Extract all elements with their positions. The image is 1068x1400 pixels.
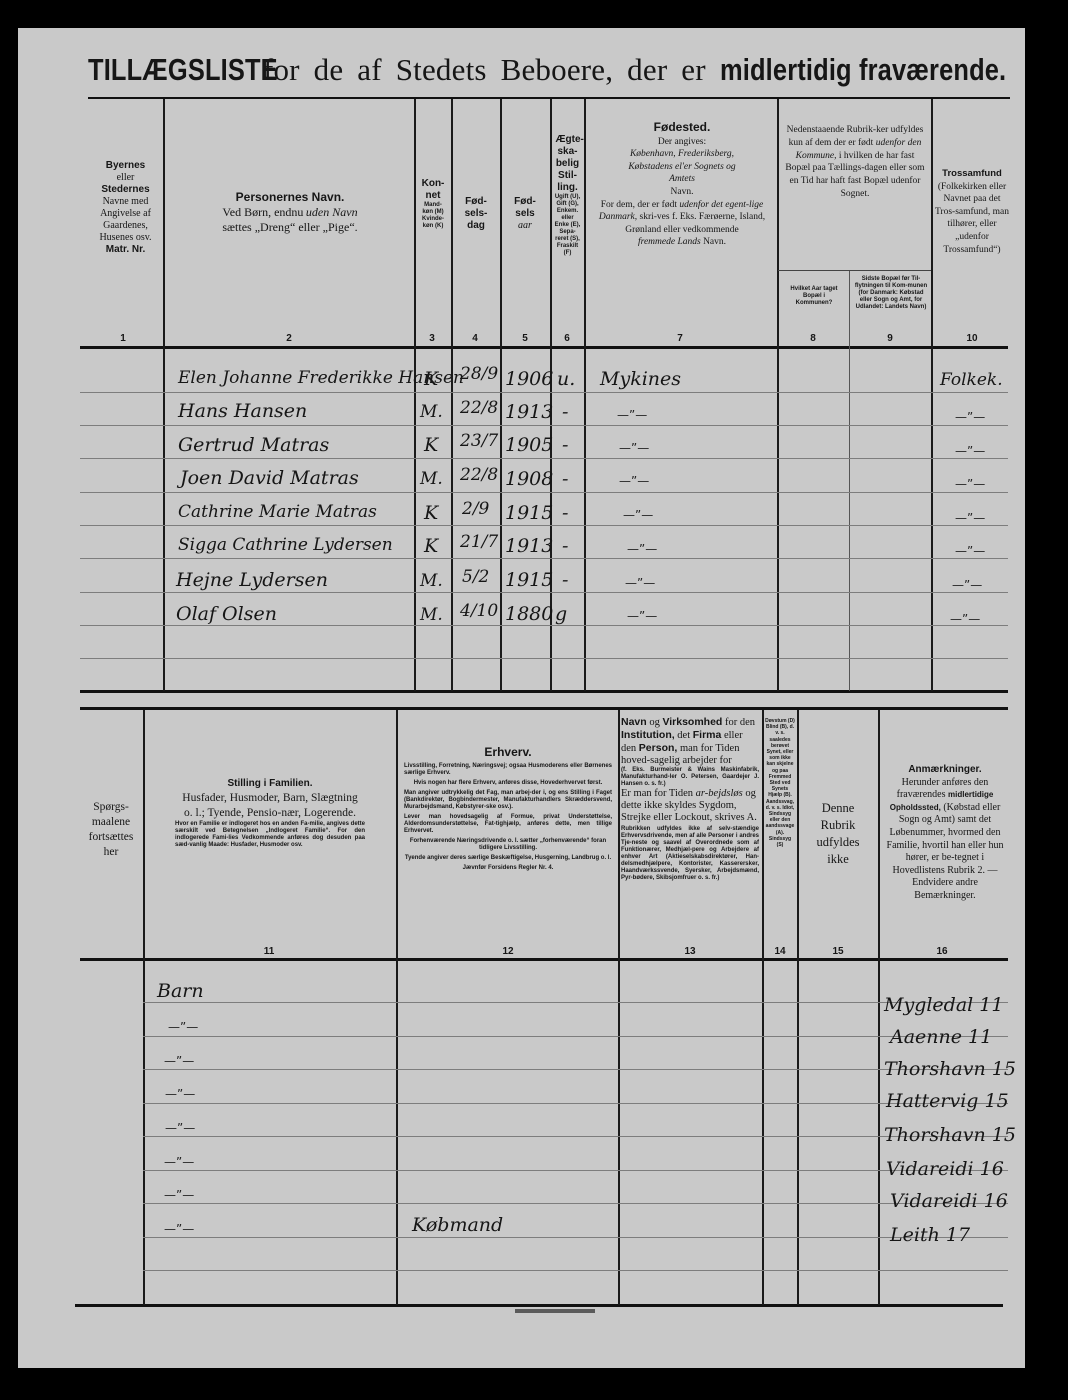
col-number: 13 [680,946,700,957]
religion-ditto: —”— [952,578,982,592]
title-bold-prefix: TILLÆGSLISTE [88,50,232,90]
person-name: Joen David Matras [180,467,359,489]
remarks: Vidareidi 16 [886,1158,1004,1180]
row-line [80,425,1008,426]
col-divider [849,270,850,691]
col-number: 12 [498,946,518,957]
birthplace-ditto: —”— [619,441,649,455]
header-col-12-p4: Lever man hovedsagelig af Formue, privat… [404,814,612,835]
header-col-16: Anmærkninger. Herunder anføres den fravæ… [884,764,1006,903]
h13-i1: ar-bejdsløs [696,788,743,799]
header-col-12-title: Erhverv. [484,745,531,759]
title-bold-suffix: midlertidig fraværende. [720,50,1006,90]
religion-ditto: —”— [955,410,985,424]
header-col-1-body: Navne med Angivelse af Gaardenes, Husene… [91,196,161,244]
birth-day: 2/9 [462,499,489,519]
birthplace-ditto: —”— [627,542,657,556]
col-number: 4 [465,333,485,344]
family-position: Barn [157,980,204,1002]
header-col-6-title: Ægte-ska-belig Stil-ling. [556,134,580,194]
family-position-ditto: —”— [164,1188,194,1202]
birthplace: Mykines [600,368,681,390]
row-line [80,658,1008,659]
marital-status: - [562,434,568,456]
header-col-11-title: Stilling i Familien. [227,778,312,789]
col-divider [500,99,502,691]
religion-ditto: —”— [955,544,985,558]
col-number: 11 [259,946,279,957]
upper-table-bottom-rule [80,690,1008,693]
family-position-ditto: —”— [164,1054,194,1068]
sex: M. [420,402,443,422]
header-col-13: Navn og Virksomhed for den Institution, … [621,716,759,882]
header-col-9-note: Sidste Bopæl før Til-flytningen til Kom-… [853,276,929,311]
col-number: 16 [932,946,952,957]
h13-b3: Institution, [621,729,675,741]
h13-b4: Firma [693,729,722,741]
header-col-4: Fød-sels-dag [452,196,500,232]
header-col-8-note: Hvilket Aar taget Bopæl i Kommunen? [789,286,839,307]
occupation: Købmand [412,1214,503,1236]
lower-table-top-rule [80,707,1008,710]
printer-imprint [515,1309,595,1313]
col-divider [451,99,453,691]
person-name: Elen Johanne Frederikke Hansen [178,368,464,388]
row-line [80,558,1008,559]
family-position-ditto: —”— [164,1222,194,1236]
col-number: 14 [770,946,790,957]
col-number: 5 [515,333,535,344]
header-col-7-title: Fødested. [654,120,711,134]
header-col-5-title: Fød-sels [512,196,538,220]
header-col-4-title: Fød-sels-dag [461,196,491,232]
family-position-ditto: —”— [164,1155,194,1169]
religion: Folkek. [940,370,1003,390]
religion-ditto: —”— [955,477,985,491]
title-middle: for de af Stedets Beboere, der er [263,52,706,87]
col-number: 10 [962,333,982,344]
header-col-7-l2: Navn. [671,187,694,197]
religion-ditto: —”— [950,612,980,626]
header-col-14-note: Døvstum (D) Blind (B), d. v. s. saaledes… [765,718,795,848]
header-col-12-p3: Man angiver udtrykkelig det Fag, man arb… [404,790,612,811]
col-divider [584,99,586,691]
row-line [143,1002,1008,1003]
header-col-3-note: Mand-køn (M) Kvinde-køn (K) [420,202,446,230]
header-col-12-p1: Livsstilling, Forretning, Næringsvej; og… [404,763,612,777]
marital-status: - [562,502,568,524]
birth-day: 23/7 [460,431,498,451]
remarks: Thorshavn 15 [884,1058,1016,1080]
row-line [80,458,1008,459]
birth-day: 22/8 [460,398,498,418]
marital-status: - [562,535,568,557]
family-position-ditto: —”— [165,1121,195,1135]
person-name: Gertrud Matras [178,434,329,456]
header-col-2-italic: uden Navn [306,205,358,219]
remarks: Leith 17 [890,1224,970,1246]
person-name: Cathrine Marie Matras [178,502,377,522]
sex: M. [420,469,443,489]
lower-header-bottom-rule [80,958,1008,961]
header-col-12-p2: Hvis nogen har flere Erhverv, anføres di… [404,780,612,787]
row-line [80,492,1008,493]
h13-s1: (f. Eks. Burmeister & Wains Maskinfabrik… [621,767,759,788]
remarks: Aaenne 11 [890,1026,992,1048]
h13-b5: Person, [639,742,678,754]
header-col-11: Stilling i Familien. Husfader, Husmoder,… [150,776,390,851]
person-name: Hans Hansen [178,400,307,422]
sex: M. [420,605,443,625]
header-col-12-p7: Jævnfør Forsidens Regler Nr. 4. [404,865,612,872]
col-divider [777,99,779,691]
row-line [143,1270,1008,1271]
col-divider [143,710,145,1305]
col-number: 8 [803,333,823,344]
h13-l1: og [649,717,660,728]
upper-table-top-rule [88,97,1010,99]
row-line [143,1136,1008,1137]
header-col-7-l1: Der angives: [658,137,706,147]
birth-year: 1906 [505,368,553,390]
person-name: Hejne Lydersen [176,569,328,591]
birth-year: 1913 [505,535,553,557]
remarks: Mygledal 11 [884,994,1003,1016]
sex: M. [420,571,443,591]
header-col-12: Erhverv. Livsstilling, Forretning, Nærin… [404,745,612,872]
col-number: 15 [828,946,848,957]
col-number: 1 [113,333,133,344]
header-col-6-note: Ugift (U), Gift (G), Enkem. eller Enke (… [554,194,582,257]
lower-table-bottom-rule [75,1304,1003,1307]
header-col-7-i3: fremmede Lands [638,237,701,247]
religion-ditto: —”— [955,444,985,458]
family-position-ditto: —”— [168,1020,198,1034]
header-col-7-l4: skri-ves f. Eks. Færøerne, Island, Grønl… [625,212,765,235]
person-name: Olaf Olsen [176,603,277,625]
header-col-11-note: Hvor en Familie er indlogeret hos en and… [175,821,365,849]
header-col-16-title: Anmærkninger. [908,764,981,775]
form-title: TILLÆGSLISTE for de af Stedets Beboere, … [88,50,1018,90]
row-line [143,1036,1008,1037]
header-col-14: Døvstum (D) Blind (B), d. v. s. saaledes… [764,718,796,850]
col-divider [163,99,165,691]
header-col-7-l5: Navn. [703,237,726,247]
upper-header-bottom-rule [80,346,1008,349]
header-col-2-title: Personernes Navn. [236,190,345,204]
birth-year: 1908 [505,468,553,490]
header-col-2: Personernes Navn. Ved Børn, endnu uden N… [168,190,412,235]
marital-status: - [562,401,568,423]
row-line [80,525,1008,526]
row-line [80,625,1008,626]
header-col-1-bold: Byernes [106,160,145,171]
birthplace-ditto: —”— [623,508,653,522]
marital-status: u. [557,368,575,390]
h13-l2: for den [725,717,755,728]
birthplace-ditto: —”— [619,474,649,488]
birth-day: 28/9 [460,364,498,384]
header-col-9: Sidste Bopæl før Til-flytningen til Kom-… [851,276,931,312]
col-divider [878,710,880,1305]
header-col-6: Ægte-ska-belig Stil-ling. Ugift (U), Gif… [551,134,584,258]
header-col-3: Kon-net Mand-køn (M) Kvinde-køn (K) [416,178,450,231]
header-col-7: Fødested. Der angives: København, Freder… [596,120,768,249]
row-line [80,592,1008,593]
birth-day: 5/2 [462,567,489,587]
sex: K [424,368,438,390]
row-line [143,1103,1008,1104]
header-col-16-l2: (Købstad eller Sogn og Amt) samt det Løb… [887,802,1004,901]
col-number: 9 [880,333,900,344]
col-number: 3 [422,333,442,344]
birth-day: 22/8 [460,465,498,485]
h13-l6: Er man for Tiden [621,788,693,799]
h13-s2: Rubrikken udfyldes ikke af selv-stændige… [621,826,759,882]
birth-year: 1915 [505,569,553,591]
sex: K [424,434,438,456]
header-col-10: Trossamfund (Folkekirken eller Navnet pa… [934,168,1010,256]
header-col-2-body2: sættes „Dreng“ eller „Pige“. [222,220,357,234]
birth-day: 21/7 [460,532,498,552]
birth-year: 1905 [505,434,553,456]
header-col-15: Denne Rubrik udfyldes ikke [800,800,876,868]
row-line [80,392,1008,393]
header-col-10-title: Trossamfund [942,168,1002,179]
header-col-5-italic: aar [518,220,532,231]
header-col-1-bold2: Stedernes [101,184,149,195]
header-col-2-body1: Ved Børn, endnu [222,205,303,219]
header-col-5: Fød-sels aar [501,196,549,232]
remarks: Vidareidi 16 [890,1190,1008,1212]
header-col-10-body: (Folkekirken eller Navnet paa det Tros-s… [935,182,1009,255]
col-number: 6 [557,333,577,344]
h13-l3: det [677,730,690,741]
header-col-12-p5: Forhenværende Næringsdrivende o. l. sætt… [404,838,612,852]
remarks: Hattervig 15 [886,1090,1009,1112]
col-divider [618,710,620,1305]
header-col-7-l3: For dem, der er født [601,200,677,210]
family-position-ditto: —”— [165,1087,195,1101]
sex: K [424,535,438,557]
remarks: Thorshavn 15 [884,1124,1016,1146]
person-name: Sigga Cathrine Lydersen [178,535,393,555]
row-line [143,1237,1008,1238]
birthplace-ditto: —”— [627,609,657,623]
religion-ditto: —”— [955,511,985,525]
col-divider [797,710,799,1305]
col-8-9-split [778,270,931,271]
row-line [143,1203,1008,1204]
header-col-1-matr: Matr. Nr. [106,244,145,255]
h13-b2: Virksomhed [662,716,722,728]
header-col-11-body: Husfader, Husmoder, Barn, Slægtning o. l… [180,791,360,821]
sex: K [424,502,438,524]
birthplace-ditto: —”— [625,576,655,590]
col-number: 2 [279,333,299,344]
side-note-text: Spørgs-maalene fortsættes her [82,800,140,860]
birth-year: 1880 [505,603,553,625]
row-line [143,1069,1008,1070]
marital-status: - [562,468,568,490]
col-divider [396,710,398,1305]
marital-status: g [555,603,567,625]
col-number: 7 [670,333,690,344]
header-col-12-p6: Tyende angiver deres særlige Beskæftigel… [404,855,612,862]
marital-status: - [562,569,568,591]
header-col-15-body: Denne Rubrik udfyldes ikke [810,800,866,868]
h13-b1: Navn [621,716,647,728]
birthplace-ditto: —”— [617,408,647,422]
side-note: Spørgs-maalene fortsættes her [80,800,142,860]
row-line [143,1170,1008,1171]
col-divider [931,99,933,691]
birth-year: 1915 [505,502,553,524]
header-col-1-or: eller [117,172,135,183]
header-col-8-9-group: Nedenstaaende Rubrik-ker udfyldes kun af… [785,124,925,201]
header-col-8: Hvilket Aar taget Bopæl i Kommunen? [779,286,849,308]
header-col-7-i1: København, Frederiksberg, Købstadens el'… [627,148,737,186]
birth-year: 1913 [505,401,553,423]
birth-day: 4/10 [460,601,498,621]
header-col-1: Byernes eller Stedernes Navne med Angive… [88,160,163,256]
header-col-3-title: Kon-net [421,178,445,202]
